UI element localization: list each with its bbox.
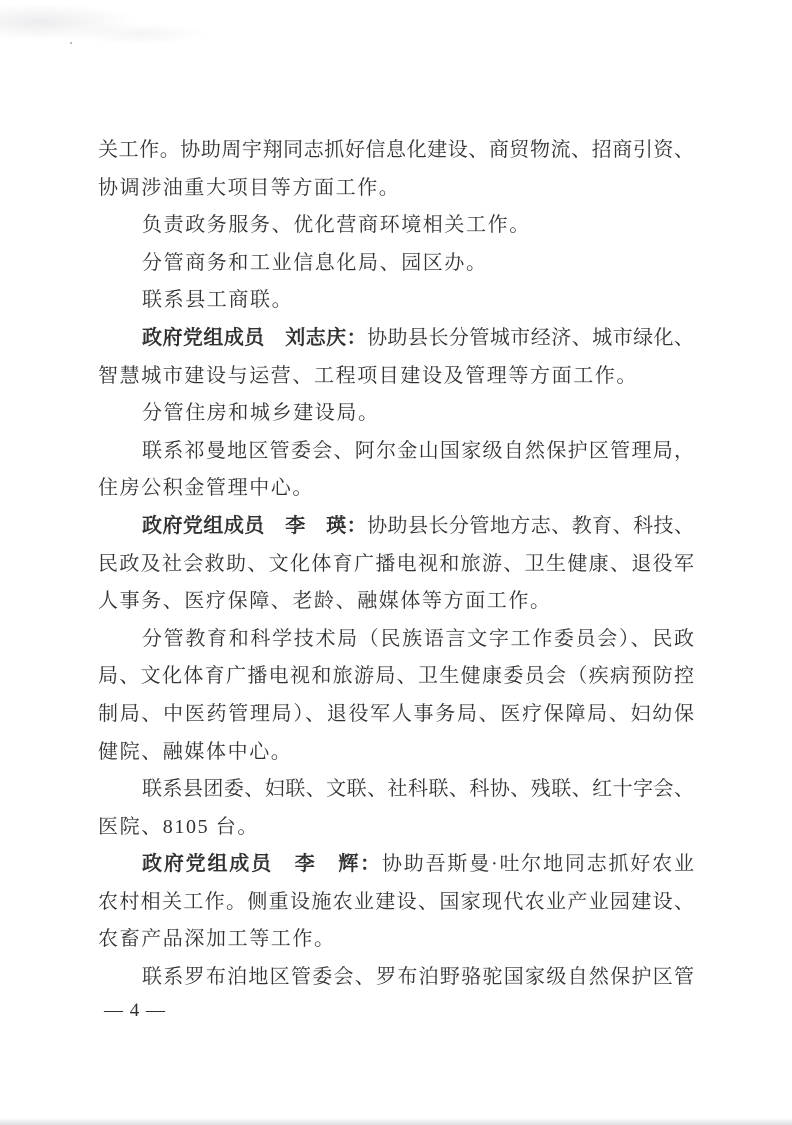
- member-heading: 政府党组成员 刘志庆：: [142, 327, 367, 349]
- text-run: 协助县长分管城市经济、城市绿化、: [367, 327, 694, 349]
- text-line: 分管教育和科学技术局（民族语言文字工作委员会）、民政: [98, 621, 694, 659]
- scan-bottom-edge-artifact: [0, 1118, 792, 1125]
- text-line: 农畜产品深加工等工作。: [98, 921, 694, 959]
- text-run: 制局、中医药管理局）、退役军人事务局、医疗保障局、妇幼保: [98, 703, 694, 725]
- text-line: 政府党组成员 李 瑛：协助县长分管地方志、教育、科技、: [98, 508, 694, 546]
- text-line: 人事务、医疗保障、老龄、融媒体等方面工作。: [98, 583, 694, 621]
- text-line: 联系县工商联。: [98, 282, 694, 320]
- text-run: 农村相关工作。侧重设施农业建设、国家现代农业产业园建设、: [98, 891, 694, 913]
- text-run: 联系县团委、妇联、文联、社科联、科协、残联、红十字会、: [142, 778, 694, 800]
- text-run: 健院、融媒体中心。: [98, 741, 292, 763]
- text-line: 协调涉油重大项目等方面工作。: [98, 170, 694, 208]
- document-body: 关工作。协助周宇翔同志抓好信息化建设、商贸物流、招商引资、协调涉油重大项目等方面…: [98, 132, 694, 997]
- text-line: 联系罗布泊地区管委会、罗布泊野骆驼国家级自然保护区管: [98, 959, 694, 997]
- text-run: 农畜产品深加工等工作。: [98, 928, 336, 950]
- document-page: 关工作。协助周宇翔同志抓好信息化建设、商贸物流、招商引资、协调涉油重大项目等方面…: [0, 0, 792, 1125]
- text-run: 分管住房和城乡建设局。: [142, 402, 380, 424]
- text-line: 局、文化体育广播电视和旅游局、卫生健康委员会（疾病预防控: [98, 658, 694, 696]
- member-heading: 政府党组成员 李 辉：: [142, 853, 382, 875]
- text-line: 政府党组成员 刘志庆：协助县长分管城市经济、城市绿化、: [98, 320, 694, 358]
- text-line: 健院、融媒体中心。: [98, 734, 694, 772]
- scan-smudge-artifact: [0, 0, 230, 52]
- text-run: 智慧城市建设与运营、工程项目建设及管理等方面工作。: [98, 365, 638, 387]
- text-line: 制局、中医药管理局）、退役军人事务局、医疗保障局、妇幼保: [98, 696, 694, 734]
- text-line: 医院、8105 台。: [98, 809, 694, 847]
- text-run: 协助县长分管地方志、教育、科技、: [367, 515, 694, 537]
- text-run: 人事务、医疗保障、老龄、融媒体等方面工作。: [98, 590, 552, 612]
- text-run: 联系罗布泊地区管委会、罗布泊野骆驼国家级自然保护区管: [142, 966, 694, 988]
- text-line: 关工作。协助周宇翔同志抓好信息化建设、商贸物流、招商引资、: [98, 132, 694, 170]
- text-run: 局、文化体育广播电视和旅游局、卫生健康委员会（疾病预防控: [98, 665, 694, 687]
- text-line: 农村相关工作。侧重设施农业建设、国家现代农业产业园建设、: [98, 884, 694, 922]
- text-run: 医院、8105 台。: [98, 816, 259, 838]
- page-number: — 4 —: [104, 1000, 166, 1022]
- text-line: 负责政务服务、优化营商环境相关工作。: [98, 207, 694, 245]
- text-run: 分管商务和工业信息化局、园区办。: [142, 252, 488, 274]
- text-line: 分管住房和城乡建设局。: [98, 395, 694, 433]
- text-run: 住房公积金管理中心。: [98, 477, 314, 499]
- text-run: 民政及社会救助、文化体育广播电视和旅游、卫生健康、退役军: [98, 553, 694, 575]
- text-line: 联系祁曼地区管委会、阿尔金山国家级自然保护区管理局，: [98, 433, 694, 471]
- text-run: 分管教育和科学技术局（民族语言文字工作委员会）、民政: [142, 628, 694, 650]
- text-run: 联系祁曼地区管委会、阿尔金山国家级自然保护区管理局，: [142, 440, 694, 462]
- scan-speck-artifact: [70, 42, 72, 44]
- text-line: 分管商务和工业信息化局、园区办。: [98, 245, 694, 283]
- member-heading: 政府党组成员 李 瑛：: [142, 515, 367, 537]
- text-line: 政府党组成员 李 辉：协助吾斯曼·吐尔地同志抓好农业: [98, 846, 694, 884]
- text-run: 负责政务服务、优化营商环境相关工作。: [142, 214, 531, 236]
- text-line: 民政及社会救助、文化体育广播电视和旅游、卫生健康、退役军: [98, 546, 694, 584]
- text-run: 联系县工商联。: [142, 289, 293, 311]
- text-run: 协助吾斯曼·吐尔地同志抓好农业: [382, 853, 694, 875]
- text-line: 智慧城市建设与运营、工程项目建设及管理等方面工作。: [98, 358, 694, 396]
- text-line: 联系县团委、妇联、文联、社科联、科协、残联、红十字会、: [98, 771, 694, 809]
- text-run: 协调涉油重大项目等方面工作。: [98, 177, 400, 199]
- text-line: 住房公积金管理中心。: [98, 470, 694, 508]
- text-run: 关工作。协助周宇翔同志抓好信息化建设、商贸物流、招商引资、: [98, 139, 694, 161]
